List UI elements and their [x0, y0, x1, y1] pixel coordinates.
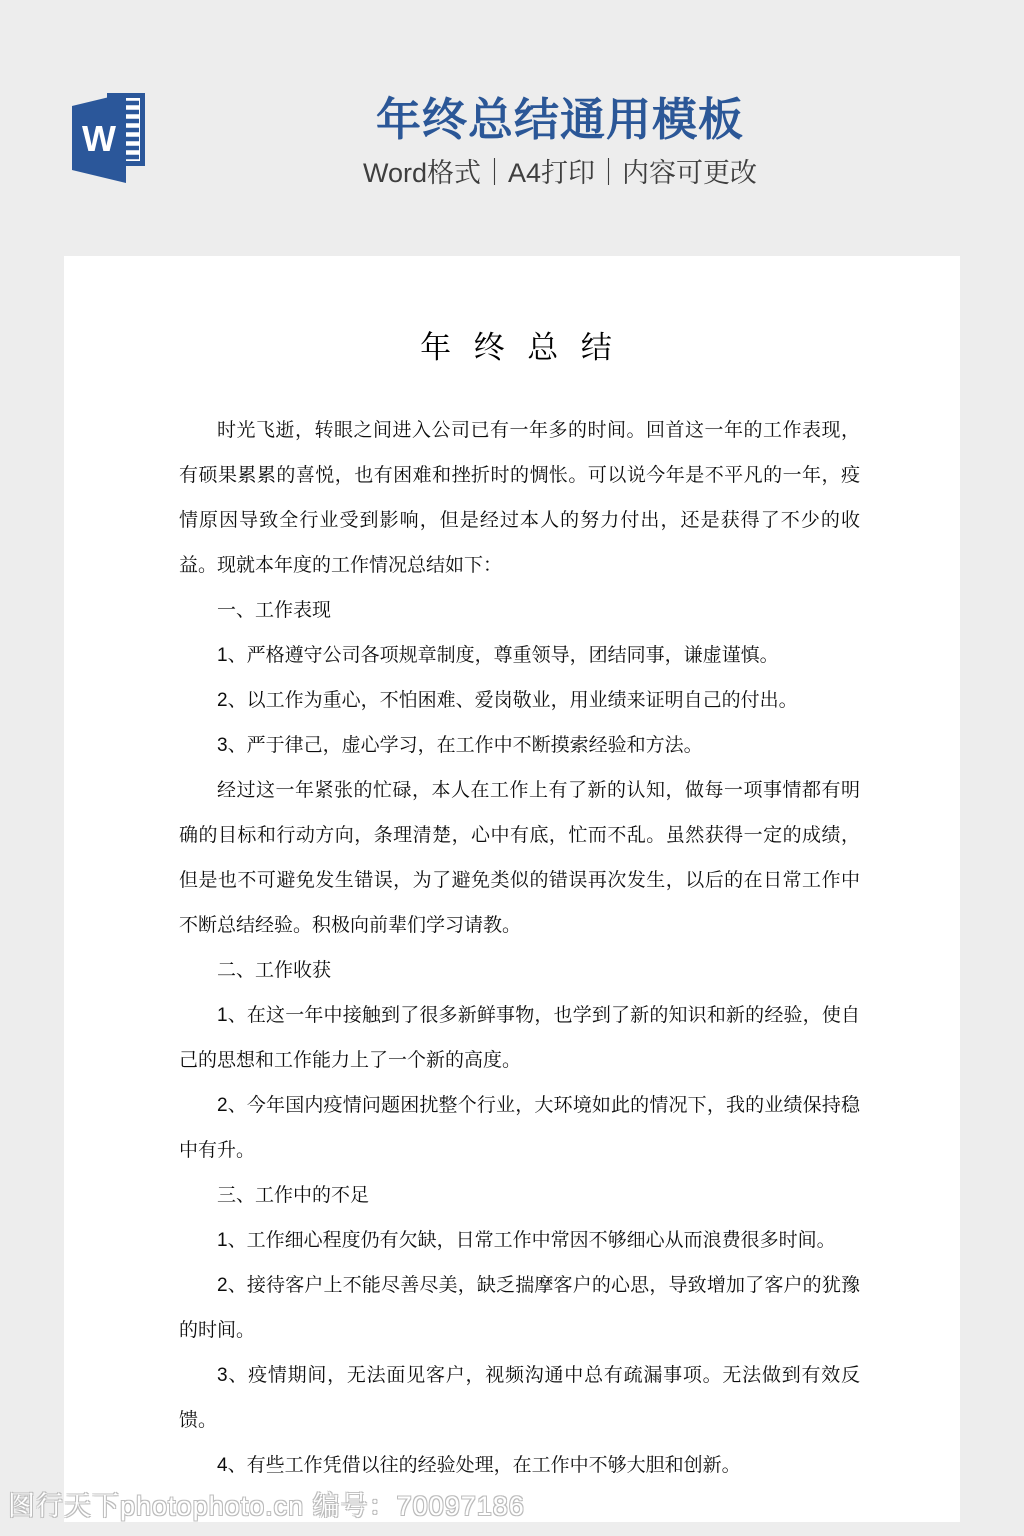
document-page: 年 终 总 结 时光飞逝，转眼之间进入公司已有一年多的时间。回首这一年的工作表现…: [64, 256, 960, 1522]
word-icon: W: [66, 90, 150, 186]
template-preview-page: W 年终总结通用模板 Word格式｜A4打印｜内容可更改 年 终 总 结 时光飞…: [0, 0, 1024, 1536]
paragraph: 2、接待客户上不能尽善尽美，缺乏揣摩客户的心思，导致增加了客户的犹豫的时间。: [179, 1263, 860, 1353]
template-title: 年终总结通用模板: [260, 94, 860, 146]
word-icon-letter: W: [82, 118, 116, 159]
paragraph: 1、工作细心程度仍有欠缺，日常工作中常因不够细心从而浪费很多时间。: [179, 1218, 860, 1263]
paragraph: 2、以工作为重心，不怕困难、爱岗敬业，用业绩来证明自己的付出。: [179, 678, 860, 723]
paragraph: 一、工作表现: [179, 588, 860, 633]
paragraph: 1、在这一年中接触到了很多新鲜事物，也学到了新的知识和新的经验，使自己的思想和工…: [179, 993, 860, 1083]
template-subtitle: Word格式｜A4打印｜内容可更改: [260, 157, 860, 189]
paragraph: 3、严于律己，虚心学习，在工作中不断摸索经验和方法。: [179, 723, 860, 768]
paragraph: 经过这一年紧张的忙碌，本人在工作上有了新的认知，做每一项事情都有明确的目标和行动…: [179, 768, 860, 948]
paragraph: 二、工作收获: [179, 948, 860, 993]
paragraph: 时光飞逝，转眼之间进入公司已有一年多的时间。回首这一年的工作表现，有硕果累累的喜…: [179, 408, 860, 588]
paragraph: 2、今年国内疫情问题困扰整个行业，大环境如此的情况下，我的业绩保持稳中有升。: [179, 1083, 860, 1173]
paragraph: 3、疫情期间，无法面见客户，视频沟通中总有疏漏事项。无法做到有效反馈。: [179, 1353, 860, 1443]
document-title: 年 终 总 结: [179, 325, 860, 370]
header-text-block: 年终总结通用模板 Word格式｜A4打印｜内容可更改: [260, 94, 860, 189]
paragraph: 4、有些工作凭借以往的经验处理，在工作中不够大胆和创新。: [179, 1443, 860, 1488]
watermark-text: 图行天下photophoto.cn 编号：70097186: [8, 1490, 525, 1522]
document-body: 时光飞逝，转眼之间进入公司已有一年多的时间。回首这一年的工作表现，有硕果累累的喜…: [179, 408, 860, 1488]
paragraph: 1、严格遵守公司各项规章制度，尊重领导，团结同事，谦虚谨慎。: [179, 633, 860, 678]
paragraph: 三、工作中的不足: [179, 1173, 860, 1218]
